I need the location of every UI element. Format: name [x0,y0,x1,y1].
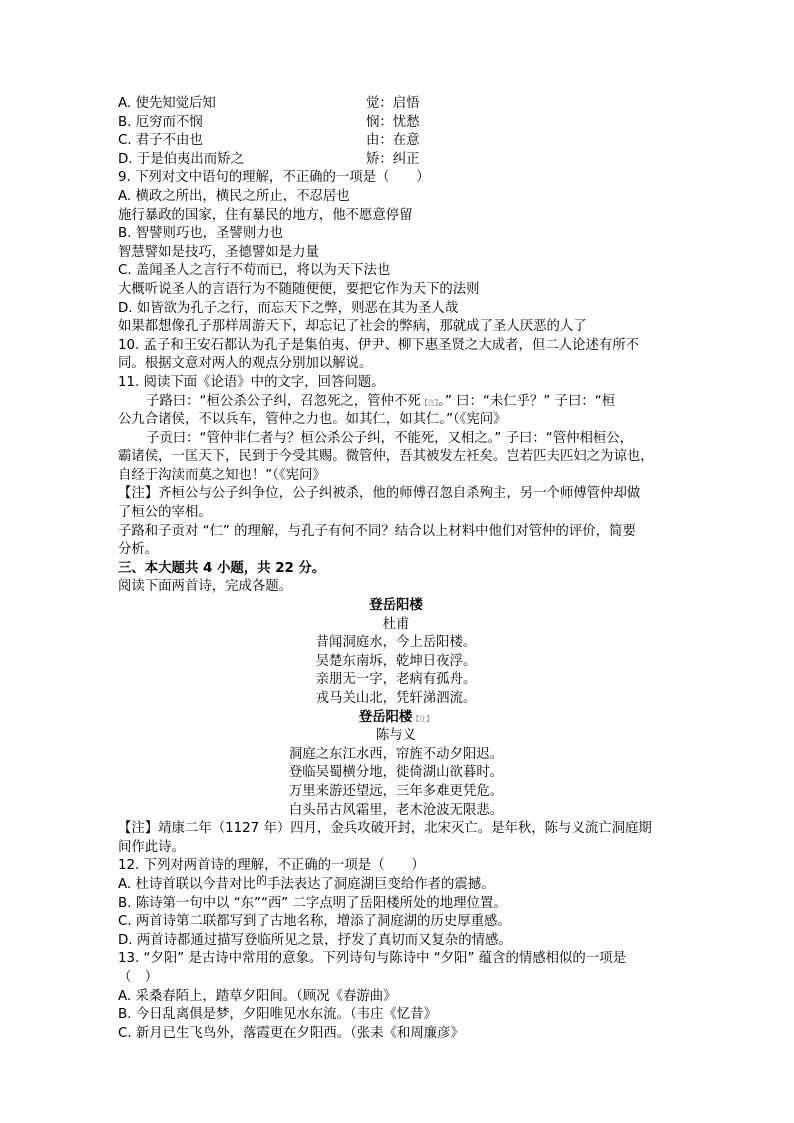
q13-option-c: C. 新月已生飞鸟外，落霞更在夕阳西。（张耒《和周廉彦》 [118,1025,674,1044]
q9-option-a: A. 横政之所出，横民之所止，不忍居也 [118,188,674,207]
question-text: 10. 孟子和王安石都认为孔子是集伯夷、伊尹、柳下惠圣贤之大成者，但二人论述有所… [118,337,674,356]
poem-line: 亲朋无一字，老病有孤舟。 [118,671,674,690]
question-stem: 11. 阅读下面《论语》中的文字，回答问题。 [118,374,674,393]
question-stem: 12. 下列对两首诗的理解，不正确的一项是（ ） [118,857,674,876]
passage-paragraph-1: 子路曰：“桓公杀公子纠，召忽死之，管仲不死【注】。” 曰：“未仁乎？” 子曰：“… [118,393,674,412]
section-intro: 阅读下面两首诗，完成各题。 [118,578,674,597]
q9-option-b-explain: 智慧譬如是技巧，圣德譬如是力量 [118,244,674,263]
poem-title-row: 登岳阳楼【注】 [118,709,674,728]
poem-title: 登岳阳楼 [359,710,413,725]
answer-paren: （ ） [118,969,674,988]
passage-text: 公九合诸侯，不以兵车，管仲之力也。如其仁，如其仁。”（《宪问》 [118,411,674,430]
vocab-option-a: A. 使先知觉后知 觉：启悟 [118,95,674,114]
poem-line: 登临吴蜀横分地，徙倚湖山欲暮时。 [118,764,674,783]
poem-line: 昔闻洞庭水，今上岳阳楼。 [118,634,674,653]
poem-line: 洞庭之东江水西，帘旌不动夕阳迟。 [118,746,674,765]
passage-text: 霸诸侯，一匡天下，民到于今受其赐。微管仲，吾其被发左衽矣。岂若匹夫匹妇之为谅也， [118,448,674,467]
poem-title: 登岳阳楼 [118,597,674,616]
passage-paragraph-2: 子贡曰：“管仲非仁者与？桓公杀公子纠，不能死，又相之。” 子曰：“管仲相桓公， [118,430,674,449]
question-10: 10. 孟子和王安石都认为孔子是集伯夷、伊尹、柳下惠圣贤之大成者，但二人论述有所… [118,337,674,374]
q9-option-d-explain: 如果都想像孔子那样周游天下，却忘记了社会的弊病，那就成了圣人厌恶的人了 [118,318,674,337]
poem-1: 登岳阳楼 杜甫 昔闻洞庭水，今上岳阳楼。 吴楚东南坼，乾坤日夜浮。 亲朋无一字，… [118,597,674,709]
vocab-phrase: A. 使先知觉后知 [118,95,366,114]
poem-line: 万里来游还望远，三年多难更凭危。 [118,783,674,802]
q12-option-b: B. 陈诗第一句中以 “东”“西” 二字点明了岳阳楼所处的地理位置。 [118,895,674,914]
vocab-phrase: C. 君子不由也 [118,132,366,151]
note-marker: 【注】 [412,715,433,723]
q9-option-c-explain: 大概听说圣人的言语行为不随随便便，要把它作为天下的法则 [118,281,674,300]
vocab-gloss: 矫：纠正 [366,151,420,170]
q13-option-b: B. 今日乱离俱是梦，夕阳唯见水东流。（韦庄《忆昔》 [118,1006,674,1025]
poem-line: 白头吊古风霜里，老木沧波无限悲。 [118,802,674,821]
vocab-option-b: B. 厄穷而不悯 悯：忧愁 [118,114,674,133]
footnote: 【注】靖康二年（1127 年）四月，金兵攻破开封，北宋灭亡。是年秋，陈与义流亡洞… [118,820,674,839]
question-stem: 9. 下列对文中语句的理解，不正确的一项是（ ） [118,169,674,188]
poem-author: 陈与义 [118,727,674,746]
poem-author: 杜甫 [118,616,674,635]
poem-line: 戎马关山北，凭轩涕泗流。 [118,690,674,709]
footnote: 了桓公的宰相。 [118,504,674,523]
vocab-option-list: A. 使先知觉后知 觉：启悟 B. 厄穷而不悯 悯：忧愁 C. 君子不由也 由：… [118,95,674,169]
q13-option-a: A. 采桑春陌上，踏草夕阳间。（顾况《春游曲》 [118,988,674,1007]
question-text: 同。根据文意对两人的观点分别加以解说。 [118,355,674,374]
vocab-phrase: B. 厄穷而不悯 [118,114,366,133]
passage-text: 自经于沟渎而莫之知也！”（《宪问》 [118,467,674,486]
question-prompt: 分析。 [118,541,674,560]
note-marker: 【注】 [421,399,439,407]
poem-2: 登岳阳楼【注】 陈与义 洞庭之东江水西，帘旌不动夕阳迟。 登临吴蜀横分地，徙倚湖… [118,709,674,821]
question-11: 11. 阅读下面《论语》中的文字，回答问题。 子路曰：“桓公杀公子纠，召忽死之，… [118,374,674,560]
vocab-option-d: D. 于是伯夷出而矫之 矫：纠正 [118,151,674,170]
question-prompt: 子路和子贡对 “仁” 的理解，与孔子有何不同？结合以上材料中他们对管仲的评价，简… [118,523,674,542]
q9-option-c: C. 盖闻圣人之言行不苟而已，将以为天下法也 [118,262,674,281]
footnote: 【注】齐桓公与公子纠争位，公子纠被杀，他的师傅召忽自杀殉主，另一个师傅管仲却做 [118,485,674,504]
q12-option-a: A. 杜诗首联以今昔对比的手法表达了洞庭湖巨变给作者的震撼。 [118,876,674,895]
question-12: 12. 下列对两首诗的理解，不正确的一项是（ ） A. 杜诗首联以今昔对比的手法… [118,857,674,950]
vocab-phrase: D. 于是伯夷出而矫之 [118,151,366,170]
poem-line: 吴楚东南坼，乾坤日夜浮。 [118,653,674,672]
section-heading: 三、本大题共 4 小题，共 22 分。 [118,560,674,579]
vocab-gloss: 觉：启悟 [366,95,420,114]
document-page: A. 使先知觉后知 觉：启悟 B. 厄穷而不悯 悯：忧愁 C. 君子不由也 由：… [118,95,674,1043]
q9-option-a-explain: 施行暴政的国家，住有暴民的地方，他不愿意停留 [118,207,674,226]
q9-option-b: B. 智譬则巧也，圣譬则力也 [118,225,674,244]
vocab-option-c: C. 君子不由也 由：在意 [118,132,674,151]
vocab-gloss: 由：在意 [366,132,420,151]
question-13: 13. “夕阳” 是古诗中常用的意象。下列诗句与陈诗中 “夕阳” 蕴含的情感相似… [118,950,674,1043]
footnote: 间作此诗。 [118,839,674,858]
q9-option-d: D. 如皆欲为孔子之行，而忘天下之弊，则恶在其为圣人哉 [118,300,674,319]
question-9: 9. 下列对文中语句的理解，不正确的一项是（ ） A. 横政之所出，横民之所止，… [118,169,674,336]
q12-option-d: D. 两首诗都通过描写登临所见之景，抒发了真切而又复杂的情感。 [118,932,674,951]
question-stem: 13. “夕阳” 是古诗中常用的意象。下列诗句与陈诗中 “夕阳” 蕴含的情感相似… [118,950,674,969]
q12-option-c: C. 两首诗第二联都写到了古地名称，增添了洞庭湖的历史厚重感。 [118,913,674,932]
vocab-gloss: 悯：忧愁 [366,114,420,133]
